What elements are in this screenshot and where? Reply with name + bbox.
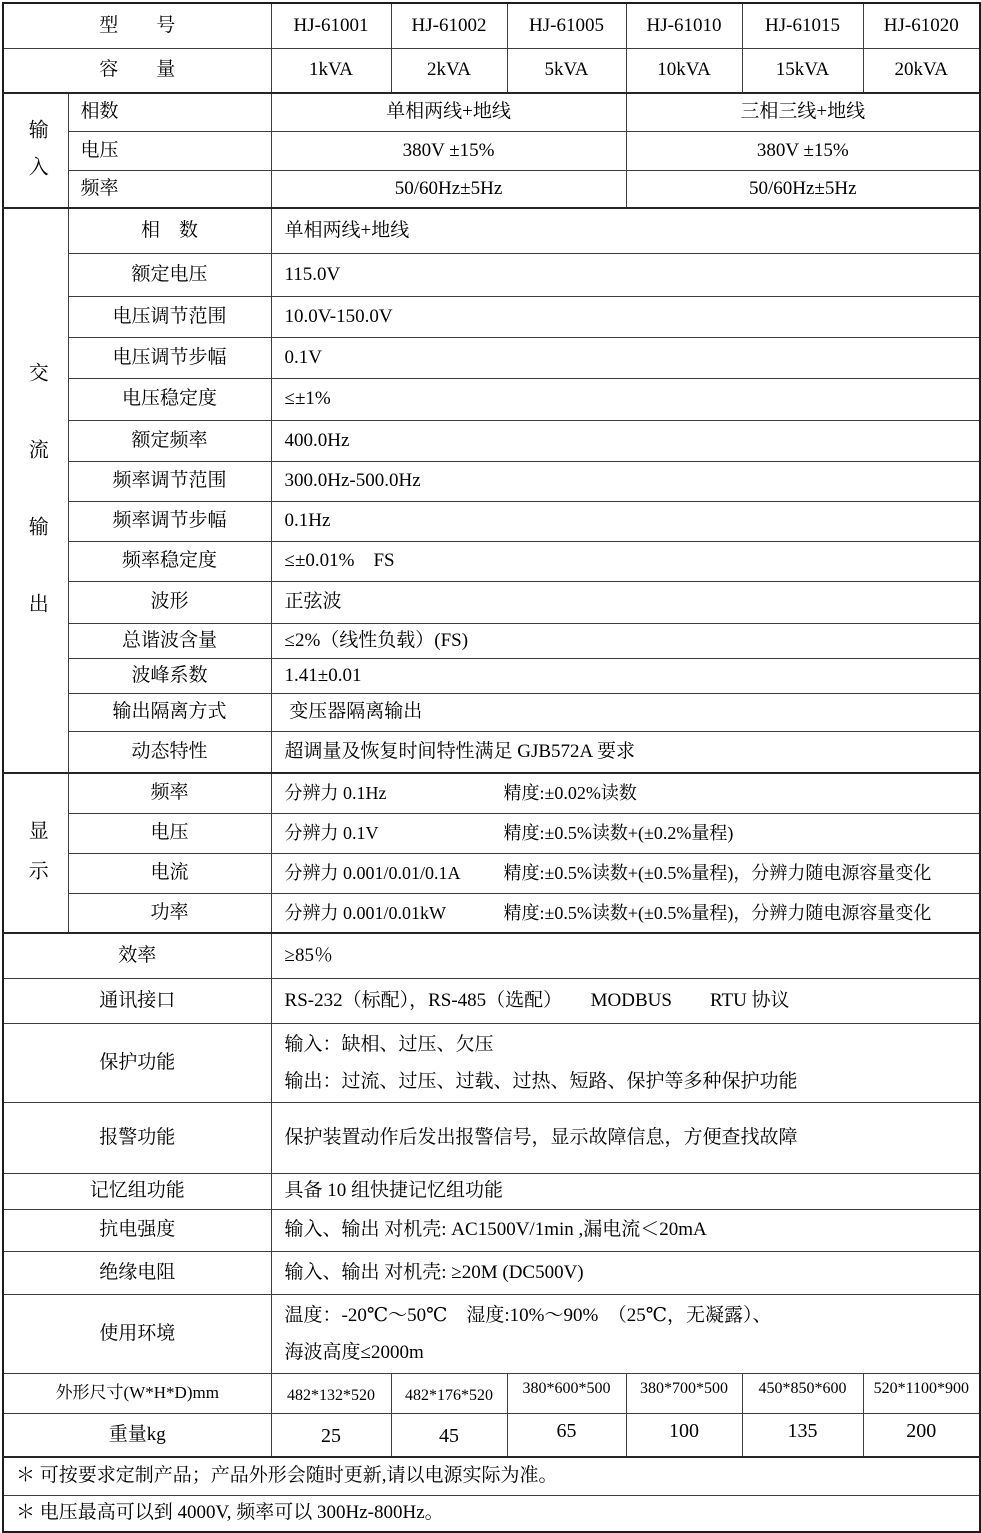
row-voltage-stability: 电压稳定度≤±1% [3,378,980,420]
spec-value: 0.1V [271,337,980,378]
weight-cell: 135 [742,1413,863,1457]
dimension-cell: 450*850*600 [742,1373,863,1413]
row-note-1: ＊ 可按要求定制产品；产品外形会随时更新,请以电源实际为准。 [3,1457,980,1495]
spec-label: 频率调节范围 [68,461,271,501]
group-label-ac-output: 交流输出 [3,208,68,773]
footnote: ＊ 电压最高可以到 4000V, 频率可以 300Hz-800Hz。 [3,1495,980,1532]
spec-value: 三相三线+地线 [626,93,980,131]
spec-label: 电压稳定度 [68,378,271,420]
spec-value: 保护装置动作后发出报警信号，显示故障信息，方便查找故障 [271,1102,980,1173]
spec-value: 分辨力 0.1V精度:±0.5%读数+(±0.2%量程) [271,813,980,853]
spec-label: 效率 [3,933,271,978]
spec-value: ≤±0.01% FS [271,541,980,581]
row-insulation: 绝缘电阻 输入、输出 对机壳: ≥20M (DC500V) [3,1251,980,1294]
spec-label: 频率 [68,773,271,813]
row-crest-factor: 波峰系数1.41±0.01 [3,658,980,693]
model-cell: HJ-61010 [626,3,742,48]
row-waveform: 波形正弦波 [3,581,980,623]
spec-label: 波形 [68,581,271,623]
row-thd: 总谐波含量≤2%（线性负载）(FS) [3,623,980,658]
spec-sheet: 型 号 HJ-61001 HJ-61002 HJ-61005 HJ-61010 … [0,0,981,1522]
spec-value: ≤2%（线性负载）(FS) [271,623,980,658]
capacity-row-label: 容 量 [3,48,271,93]
row-communication: 通讯接口 RS-232（标配），RS-485（选配） MODBUS RTU 协议 [3,978,980,1023]
capacity-cell: 2kVA [391,48,507,93]
spec-value: 50/60Hz±5Hz [626,170,980,208]
row-weight: 重量kg 25 45 65 100 135 200 [3,1413,980,1457]
row-rated-voltage: 额定电压115.0V [3,253,980,296]
row-dimensions: 外形尺寸(W*H*D)mm 482*132*520 482*176*520 38… [3,1373,980,1413]
spec-label: 电压 [68,813,271,853]
spec-value: ≥85％ [271,933,980,978]
spec-label: 电压调节步幅 [68,337,271,378]
row-environment: 使用环境 温度：-20℃～50℃ 湿度:10%～90% （25℃，无凝露）、海波… [3,1294,980,1373]
row-capacity: 容 量 1kVA 2kVA 5kVA 10kVA 15kVA 20kVA [3,48,980,93]
spec-label: 保护功能 [3,1023,271,1102]
row-isolation: 输出隔离方式 变压器隔离输出 [3,693,980,731]
row-frequency-step: 频率调节步幅0.1Hz [3,501,980,541]
spec-value: 超调量及恢复时间特性满足 GJB572A 要求 [271,731,980,773]
spec-label: 波峰系数 [68,658,271,693]
spec-label: 动态特性 [68,731,271,773]
row-display-current: 电流分辨力 0.001/0.01/0.1A精度:±0.5%读数+(±0.5%量程… [3,853,980,893]
spec-value: 300.0Hz-500.0Hz [271,461,980,501]
model-cell: HJ-61015 [742,3,863,48]
row-alarm: 报警功能 保护装置动作后发出报警信号，显示故障信息，方便查找故障 [3,1102,980,1173]
spec-label: 记忆组功能 [3,1173,271,1209]
row-frequency-stability: 频率稳定度≤±0.01% FS [3,541,980,581]
capacity-cell: 1kVA [271,48,391,93]
row-note-2: ＊ 电压最高可以到 4000V, 频率可以 300Hz-800Hz。 [3,1495,980,1532]
spec-value: 输入、输出 对机壳: AC1500V/1min ,漏电流＜20mA [271,1209,980,1251]
model-row-label: 型 号 [3,3,271,48]
dimension-cell: 380*600*500 [507,1373,626,1413]
dimension-cell: 482*176*520 [391,1373,507,1413]
spec-label: 通讯接口 [3,978,271,1023]
spec-value: 具备 10 组快捷记忆组功能 [271,1173,980,1209]
spec-label: 电压调节范围 [68,296,271,337]
weight-cell: 100 [626,1413,742,1457]
model-cell: HJ-61005 [507,3,626,48]
row-voltage-step: 电压调节步幅0.1V [3,337,980,378]
group-label-display: 显示 [3,773,68,933]
spec-label: 频率 [68,170,271,208]
row-efficiency: 效率 ≥85％ [3,933,980,978]
group-label-input: 输入 [3,93,68,208]
row-display-voltage: 电压分辨力 0.1V精度:±0.5%读数+(±0.2%量程) [3,813,980,853]
spec-value: 分辨力 0.1Hz精度:±0.02%读数 [271,773,980,813]
spec-value: 1.41±0.01 [271,658,980,693]
capacity-cell: 15kVA [742,48,863,93]
row-input-voltage: 电压 380V ±15% 380V ±15% [3,131,980,170]
spec-value: 10.0V-150.0V [271,296,980,337]
spec-label: 重量kg [3,1413,271,1457]
spec-value: ≤±1% [271,378,980,420]
row-display-power: 功率分辨力 0.001/0.01kW精度:±0.5%读数+(±0.5%量程)，分… [3,893,980,933]
spec-value: 输入：缺相、过压、欠压输出：过流、过压、过载、过热、短路、保护等多种保护功能 [271,1023,980,1102]
row-acout-phase: 交流输出 相 数 单相两线+地线 [3,208,980,253]
weight-cell: 65 [507,1413,626,1457]
spec-label: 功率 [68,893,271,933]
spec-label: 额定电压 [68,253,271,296]
row-model: 型 号 HJ-61001 HJ-61002 HJ-61005 HJ-61010 … [3,3,980,48]
capacity-cell: 10kVA [626,48,742,93]
spec-value: 变压器隔离输出 [271,693,980,731]
model-cell: HJ-61001 [271,3,391,48]
spec-value: 分辨力 0.001/0.01kW精度:±0.5%读数+(±0.5%量程)，分辨力… [271,893,980,933]
spec-value: 正弦波 [271,581,980,623]
spec-value: 输入、输出 对机壳: ≥20M (DC500V) [271,1251,980,1294]
row-memory: 记忆组功能 具备 10 组快捷记忆组功能 [3,1173,980,1209]
spec-value: 380V ±15% [626,131,980,170]
model-cell: HJ-61002 [391,3,507,48]
spec-label: 相数 [68,93,271,131]
row-dynamic: 动态特性超调量及恢复时间特性满足 GJB572A 要求 [3,731,980,773]
model-cell: HJ-61020 [863,3,980,48]
row-protection: 保护功能 输入：缺相、过压、欠压输出：过流、过压、过载、过热、短路、保护等多种保… [3,1023,980,1102]
spec-value: 380V ±15% [271,131,626,170]
spec-label: 频率调节步幅 [68,501,271,541]
spec-value: 分辨力 0.001/0.01/0.1A精度:±0.5%读数+(±0.5%量程)，… [271,853,980,893]
row-rated-frequency: 额定频率400.0Hz [3,420,980,461]
spec-label: 相 数 [68,208,271,253]
weight-cell: 45 [391,1413,507,1457]
weight-cell: 25 [271,1413,391,1457]
row-input-phase: 输入 相数 单相两线+地线 三相三线+地线 [3,93,980,131]
capacity-cell: 20kVA [863,48,980,93]
footnote: ＊ 可按要求定制产品；产品外形会随时更新,请以电源实际为准。 [3,1457,980,1495]
row-display-frequency: 显示 频率 分辨力 0.1Hz精度:±0.02%读数 [3,773,980,813]
row-frequency-range: 频率调节范围300.0Hz-500.0Hz [3,461,980,501]
spec-label: 抗电强度 [3,1209,271,1251]
spec-table: 型 号 HJ-61001 HJ-61002 HJ-61005 HJ-61010 … [2,2,981,1533]
spec-label: 绝缘电阻 [3,1251,271,1294]
row-input-frequency: 频率 50/60Hz±5Hz 50/60Hz±5Hz [3,170,980,208]
dimension-cell: 520*1100*900 [863,1373,980,1413]
spec-value: 0.1Hz [271,501,980,541]
spec-label: 总谐波含量 [68,623,271,658]
row-hipot: 抗电强度 输入、输出 对机壳: AC1500V/1min ,漏电流＜20mA [3,1209,980,1251]
row-voltage-range: 电压调节范围10.0V-150.0V [3,296,980,337]
spec-label: 电压 [68,131,271,170]
weight-cell: 200 [863,1413,980,1457]
dimension-cell: 482*132*520 [271,1373,391,1413]
spec-value: 单相两线+地线 [271,208,980,253]
spec-value: 400.0Hz [271,420,980,461]
spec-label: 电流 [68,853,271,893]
dimension-cell: 380*700*500 [626,1373,742,1413]
spec-label: 报警功能 [3,1102,271,1173]
spec-label: 频率稳定度 [68,541,271,581]
capacity-cell: 5kVA [507,48,626,93]
spec-label: 外形尺寸(W*H*D)mm [3,1373,271,1413]
spec-value: 50/60Hz±5Hz [271,170,626,208]
spec-value: 115.0V [271,253,980,296]
spec-label: 输出隔离方式 [68,693,271,731]
spec-label: 额定频率 [68,420,271,461]
spec-value: 单相两线+地线 [271,93,626,131]
spec-label: 使用环境 [3,1294,271,1373]
spec-value: RS-232（标配），RS-485（选配） MODBUS RTU 协议 [271,978,980,1023]
spec-value: 温度：-20℃～50℃ 湿度:10%～90% （25℃，无凝露）、海波高度≤20… [271,1294,980,1373]
